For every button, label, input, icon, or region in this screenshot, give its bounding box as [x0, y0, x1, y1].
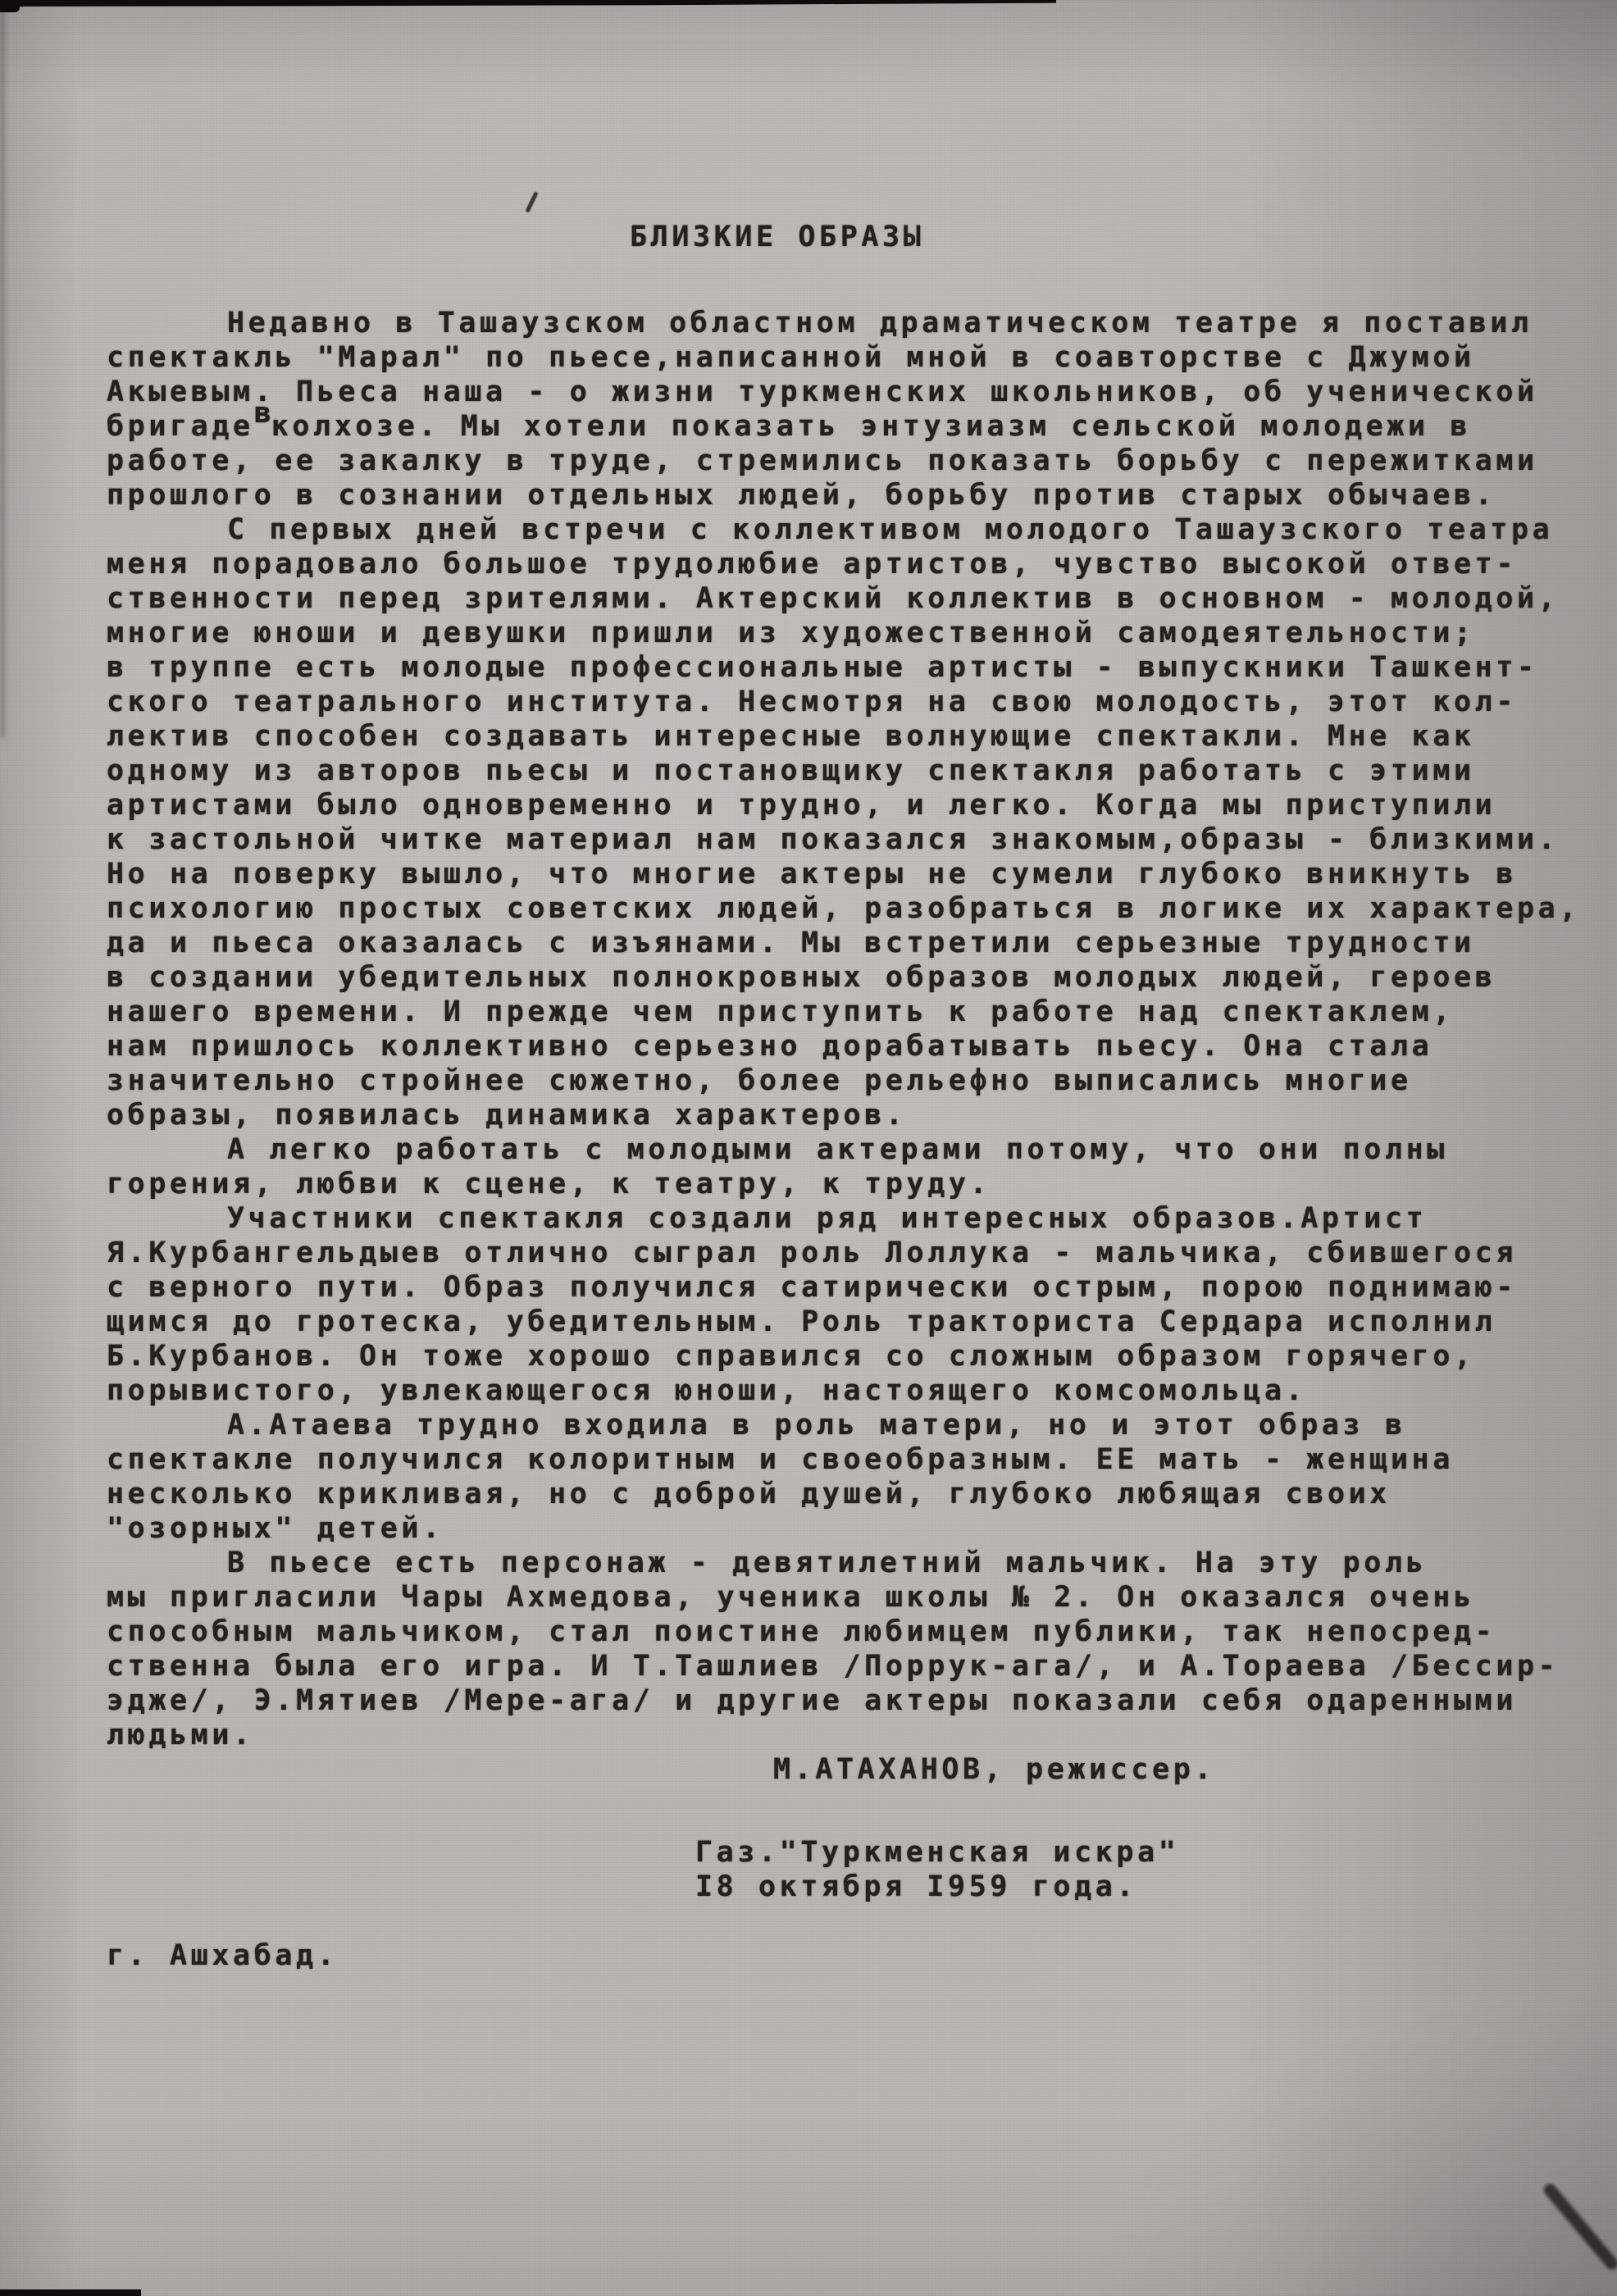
- text-line: Акыевым. Пьеса наша - о жизни туркменски…: [107, 375, 1599, 409]
- text-line: психологию простых советских людей, разо…: [107, 891, 1599, 926]
- text-line: "озорных" детей.: [107, 1511, 1599, 1546]
- text-line: Б.Курбанов. Он тоже хорошо справился со …: [107, 1339, 1599, 1373]
- signature-line: М.АТАХАНОВ, режиссер.: [773, 1752, 1599, 1787]
- text-line: способным мальчиком, стал поистине любим…: [107, 1615, 1599, 1649]
- text-line: людьми.: [107, 1718, 1599, 1752]
- text-line: лектив способен создавать интересные вол…: [107, 719, 1599, 754]
- document-body: Недавно в Ташаузском областном драматиче…: [107, 306, 1599, 1752]
- text-line: эдже/, Э.Мятиев /Мере-ага/ и другие акте…: [107, 1683, 1599, 1718]
- source-newspaper: Газ."Туркменская искра": [695, 1835, 1599, 1870]
- source-date: I8 октября I959 года.: [695, 1870, 1599, 1904]
- text-line: С первых дней встречи с коллективом моло…: [107, 512, 1599, 547]
- text-line: горения, любви к сцене, к театру, к труд…: [107, 1167, 1599, 1201]
- text-line: спектакле получился колоритным и своеобр…: [107, 1442, 1599, 1477]
- scan-artifact-bottom-right-smudge: [1542, 2181, 1617, 2272]
- text-line: нашего времени. И прежде чем приступить …: [107, 995, 1599, 1029]
- text-line: образы, появилась динамика характеров.: [107, 1098, 1599, 1132]
- text-line: несколько крикливая, но с доброй душей, …: [107, 1477, 1599, 1511]
- text-line: Но на поверку вышло, что многие актеры н…: [107, 857, 1599, 891]
- paragraph: С первых дней встречи с коллективом моло…: [107, 512, 1599, 1132]
- scan-artifact-right-edge-shadow: [0, 0, 5, 738]
- source-block: Газ."Туркменская искра" I8 октября I959 …: [695, 1835, 1599, 1904]
- paragraph: А.Атаева трудно входила в роль матери, н…: [107, 1408, 1599, 1546]
- text-line: В пьесе есть персонаж - девятилетний мал…: [107, 1546, 1599, 1580]
- text-line: в создании убедительных полнокровных обр…: [107, 960, 1599, 995]
- text-line: многие юноши и девушки пришли из художес…: [107, 616, 1599, 650]
- text-line: да и пьеса оказалась с изъянами. Мы встр…: [107, 926, 1599, 960]
- text-line: работе, ее закалку в труде, стремились п…: [107, 444, 1599, 478]
- paragraph: Недавно в Ташаузском областном драматиче…: [107, 306, 1599, 512]
- text-line: значительно стройнее сюжетно, более рель…: [107, 1064, 1599, 1098]
- text-line: ского театрального института. Несмотря н…: [107, 685, 1599, 719]
- paragraph: Участники спектакля создали ряд интересн…: [107, 1201, 1599, 1408]
- document-page: БЛИЗКИЕ ОБРАЗЫ Недавно в Ташаузском обла…: [107, 220, 1599, 1973]
- scanned-document: { "colors": { "paper": "#b7b4af", "ink":…: [0, 0, 1617, 2296]
- paragraph: А легко работать с молодыми актерами пот…: [107, 1132, 1599, 1201]
- text-line: ственности перед зрителями. Актерский ко…: [107, 581, 1599, 616]
- text-line: Я.Курбангельдыев отлично сыграл роль Лол…: [107, 1236, 1599, 1270]
- scan-artifact-pen-tick: [525, 191, 538, 212]
- text-line: нам пришлось коллективно серьезно дораба…: [107, 1029, 1599, 1064]
- text-line: одному из авторов пьесы и постановщику с…: [107, 754, 1599, 788]
- text-line: Участники спектакля создали ряд интересн…: [107, 1201, 1599, 1236]
- text-line: Недавно в Ташаузском областном драматиче…: [107, 306, 1599, 340]
- document-title: БЛИЗКИЕ ОБРАЗЫ: [630, 220, 1599, 254]
- paragraph: В пьесе есть персонаж - девятилетний мал…: [107, 1546, 1599, 1752]
- inserted-superscript: в: [254, 396, 271, 430]
- text-line: мы пригласили Чары Ахмедова, ученика шко…: [107, 1580, 1599, 1615]
- text-line: щимся до гротеска, убедительным. Роль тр…: [107, 1305, 1599, 1339]
- text-line: А.Атаева трудно входила в роль матери, н…: [107, 1408, 1599, 1442]
- text-line: меня порадовало большое трудолюбие артис…: [107, 547, 1599, 581]
- text-line: с верного пути. Образ получился сатириче…: [107, 1270, 1599, 1305]
- text-line: спектакль "Марал" по пьесе,написанной мн…: [107, 340, 1599, 375]
- text-line: артистами было одновременно и трудно, и …: [107, 788, 1599, 822]
- text-line: прошлого в сознании отдельных людей, бор…: [107, 478, 1599, 512]
- text-line: бригадевколхозе. Мы хотели показать энту…: [107, 409, 1599, 444]
- text-line: порывистого, увлекающегося юноши, настоя…: [107, 1373, 1599, 1408]
- scan-artifact-bottom-edge: [0, 2289, 141, 2296]
- scan-artifact-top-edge: [0, 0, 1056, 7]
- text-line: к застольной читке материал нам показалс…: [107, 822, 1599, 857]
- place-line: г. Ашхабад.: [107, 1938, 1599, 1973]
- text-line: ственна была его игра. И Т.Ташлиев /Порр…: [107, 1649, 1599, 1683]
- text-line: А легко работать с молодыми актерами пот…: [107, 1132, 1599, 1167]
- text-line: в труппе есть молодые профессиональные а…: [107, 650, 1599, 685]
